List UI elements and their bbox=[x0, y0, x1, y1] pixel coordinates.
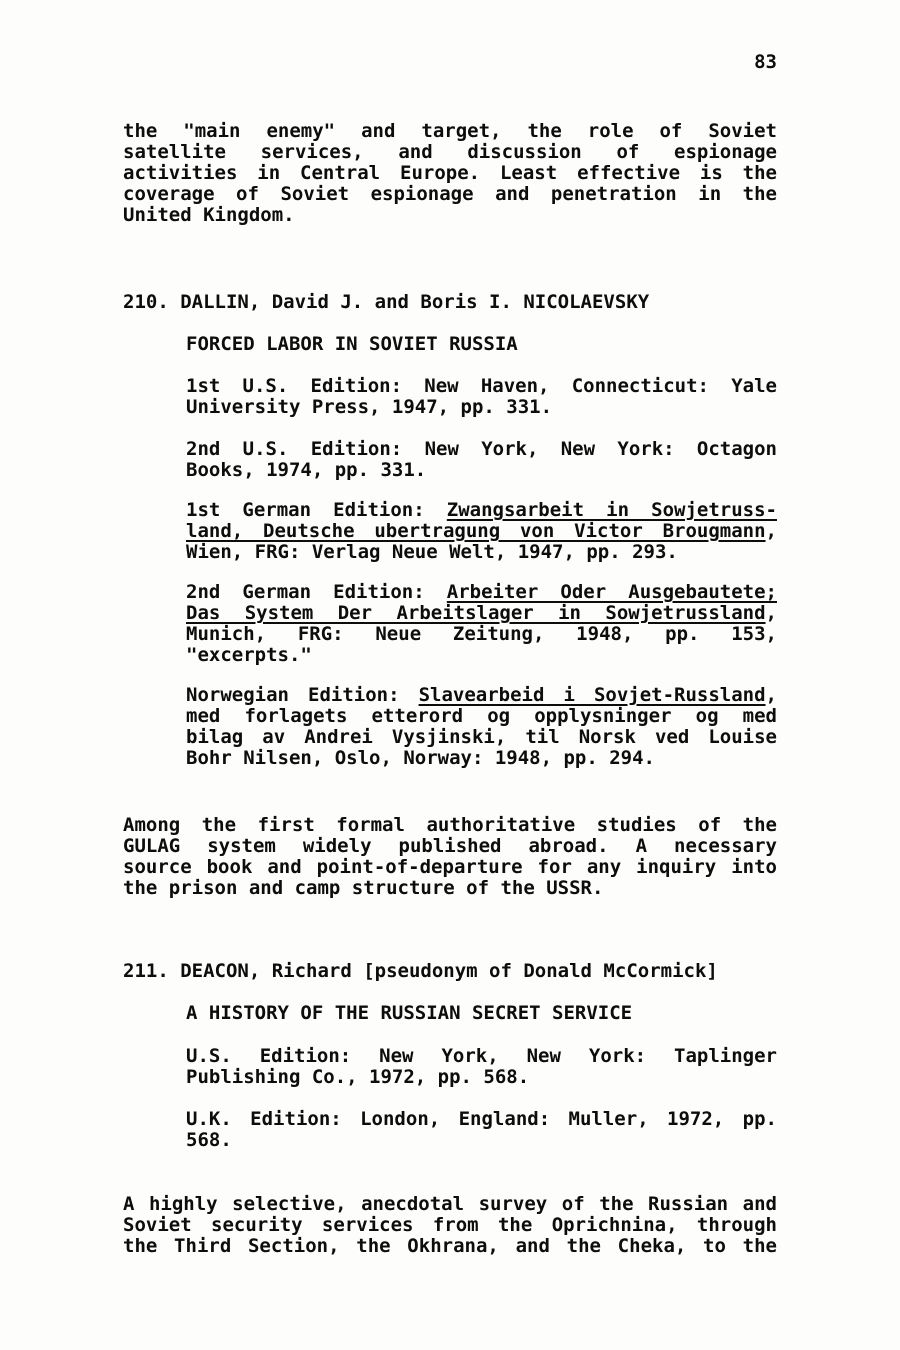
page-number: 83 bbox=[123, 52, 777, 73]
text-line: United Kingdom. bbox=[123, 205, 777, 226]
text-line: the Third Section, the Okhrana, and the … bbox=[123, 1236, 777, 1257]
text-line: Munich, FRG: Neue Zeitung, 1948, pp. 153… bbox=[186, 624, 777, 645]
text-line: Publishing Co., 1972, pp. 568. bbox=[186, 1067, 777, 1088]
text-segment: , bbox=[766, 602, 777, 624]
edition-block-1st-us: 1st U.S. Edition: New Haven, Connecticut… bbox=[186, 376, 777, 418]
bib-entry-210: 210. DALLIN, David J. and Boris I. NICOL… bbox=[123, 292, 777, 899]
text-line: "excerpts." bbox=[186, 645, 777, 666]
text-line: bilag av Andrei Vysjinski, til Norsk ved… bbox=[186, 727, 777, 748]
author-line: 210. DALLIN, David J. and Boris I. NICOL… bbox=[123, 292, 777, 313]
scanned-bibliography-page: 83 the "main enemy" and target, the role… bbox=[0, 0, 900, 1350]
book-title: A HISTORY OF THE RUSSIAN SECRET SERVICE bbox=[186, 1003, 777, 1024]
underlined-title-segment: land, Deutsche ubertragung von Victor Br… bbox=[186, 520, 766, 542]
text-line: Soviet security services from the Oprich… bbox=[123, 1215, 777, 1236]
edition-block-us: U.S. Edition: New York, New York: Taplin… bbox=[186, 1046, 777, 1088]
text-line: Wien, FRG: Verlag Neue Welt, 1947, pp. 2… bbox=[186, 542, 777, 563]
text-segment: , bbox=[766, 520, 777, 542]
text-line: 1st U.S. Edition: New Haven, Connecticut… bbox=[186, 376, 777, 397]
text-segment: 1st German Edition: bbox=[186, 499, 447, 521]
text-line: GULAG system widely published abroad. A … bbox=[123, 836, 777, 857]
underlined-title-segment: Arbeiter Oder Ausgebautete; bbox=[447, 581, 777, 603]
underlined-title-segment: Zwangsarbeit in Sowjetruss- bbox=[447, 499, 777, 521]
text-line: University Press, 1947, pp. 331. bbox=[186, 397, 777, 418]
text-line: satellite services, and discussion of es… bbox=[123, 142, 777, 163]
text-line: 1st German Edition: Zwangsarbeit in Sowj… bbox=[186, 500, 777, 521]
text-line: U.S. Edition: New York, New York: Taplin… bbox=[186, 1046, 777, 1067]
text-line: Das System Der Arbeitslager in Sowjetrus… bbox=[186, 603, 777, 624]
edition-block-2nd-us: 2nd U.S. Edition: New York, New York: Oc… bbox=[186, 439, 777, 481]
text-line: Books, 1974, pp. 331. bbox=[186, 460, 777, 481]
text-line: activities in Central Europe. Least effe… bbox=[123, 163, 777, 184]
text-line: the prison and camp structure of the USS… bbox=[123, 878, 777, 899]
annotation-paragraph: A highly selective, anecdotal survey of … bbox=[123, 1194, 777, 1257]
annotation-paragraph: Among the first formal authoritative stu… bbox=[123, 815, 777, 899]
text-line: med forlagets etterord og opplysninger o… bbox=[186, 706, 777, 727]
edition-block-1st-german: 1st German Edition: Zwangsarbeit in Sowj… bbox=[186, 500, 777, 563]
text-line: land, Deutsche ubertragung von Victor Br… bbox=[186, 521, 777, 542]
underlined-title-segment: Slavearbeid i Sovjet-Russland bbox=[419, 684, 766, 706]
author-line: 211. DEACON, Richard [pseudonym of Donal… bbox=[123, 961, 777, 982]
text-line: U.K. Edition: London, England: Muller, 1… bbox=[186, 1109, 777, 1130]
text-line: 2nd German Edition: Arbeiter Oder Ausgeb… bbox=[186, 582, 777, 603]
text-line: coverage of Soviet espionage and penetra… bbox=[123, 184, 777, 205]
intro-paragraph: the "main enemy" and target, the role of… bbox=[123, 121, 777, 226]
text-segment: Norwegian Edition: bbox=[186, 684, 419, 706]
text-line: 2nd U.S. Edition: New York, New York: Oc… bbox=[186, 439, 777, 460]
text-line: source book and point-of-departure for a… bbox=[123, 857, 777, 878]
text-segment: 2nd German Edition: bbox=[186, 581, 447, 603]
text-segment: , bbox=[766, 684, 777, 706]
edition-block-norwegian: Norwegian Edition: Slavearbeid i Sovjet-… bbox=[186, 685, 777, 769]
edition-block-2nd-german: 2nd German Edition: Arbeiter Oder Ausgeb… bbox=[186, 582, 777, 666]
text-line: Among the first formal authoritative stu… bbox=[123, 815, 777, 836]
underlined-title-segment: Das System Der Arbeitslager in Sowjetrus… bbox=[186, 602, 766, 624]
text-line: 568. bbox=[186, 1130, 777, 1151]
text-line: Bohr Nilsen, Oslo, Norway: 1948, pp. 294… bbox=[186, 748, 777, 769]
edition-block-uk: U.K. Edition: London, England: Muller, 1… bbox=[186, 1109, 777, 1151]
text-line: A highly selective, anecdotal survey of … bbox=[123, 1194, 777, 1215]
bib-entry-211: 211. DEACON, Richard [pseudonym of Donal… bbox=[123, 961, 777, 1257]
text-line: Norwegian Edition: Slavearbeid i Sovjet-… bbox=[186, 685, 777, 706]
book-title: FORCED LABOR IN SOVIET RUSSIA bbox=[186, 334, 777, 355]
text-line: the "main enemy" and target, the role of… bbox=[123, 121, 777, 142]
